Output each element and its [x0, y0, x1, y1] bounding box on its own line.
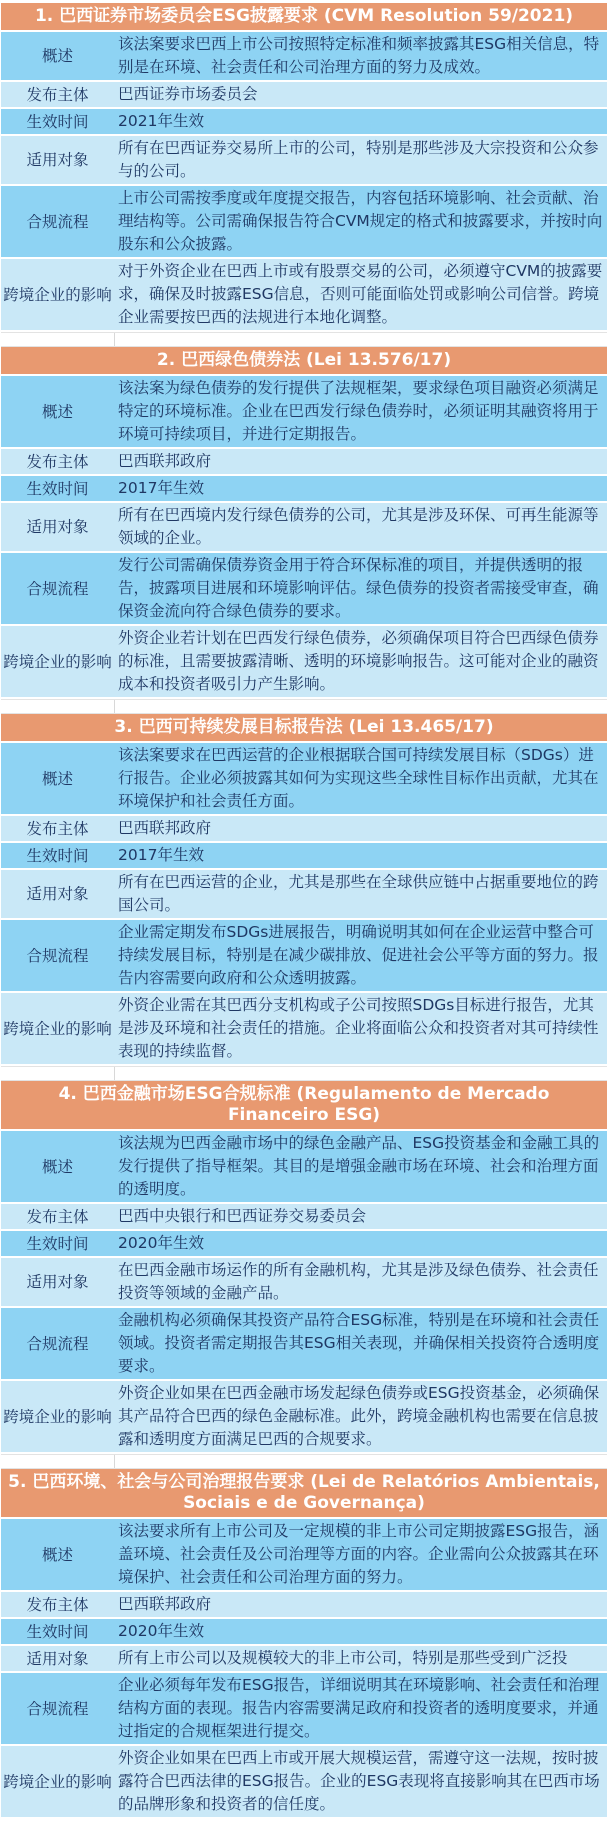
row-label: 跨境企业的影响 — [1, 993, 114, 1064]
row-label: 生效时间 — [1, 1231, 114, 1256]
table-row: 跨境企业的影响 对于外资企业在巴西上市或有股票交易的公司，必须遵守CVM的披露要… — [1, 259, 607, 332]
table-row: 跨境企业的影响 外资企业如果在巴西上市或开展大规模运营，需遵守这一法规，按时披露… — [1, 1746, 607, 1819]
table-row: 发布主体 巴西联邦政府 — [1, 449, 607, 476]
row-label: 生效时间 — [1, 1619, 114, 1644]
row-label: 概述 — [1, 743, 114, 814]
row-label: 发布主体 — [1, 449, 114, 474]
row-label: 合规流程 — [1, 920, 114, 991]
row-label: 概述 — [1, 376, 114, 447]
row-value: 巴西联邦政府 — [114, 1592, 607, 1617]
row-label: 概述 — [1, 1519, 114, 1590]
table-row: 生效时间 2020年生效 — [1, 1231, 607, 1258]
row-value: 2020年生效 — [114, 1231, 607, 1256]
row-value: 对于外资企业在巴西上市或有股票交易的公司，必须遵守CVM的披露要求，确保及时披露… — [114, 259, 607, 330]
row-value: 外资企业需在其巴西分支机构或子公司按照SDGs目标进行报告，尤其是涉及环境和社会… — [114, 993, 607, 1064]
row-label: 生效时间 — [1, 109, 114, 134]
spacer-right-cell — [115, 1455, 607, 1468]
row-value: 在巴西金融市场运作的所有金融机构，尤其是涉及绿色债券、社会责任投资等领域的金融产… — [114, 1258, 607, 1306]
row-label: 合规流程 — [1, 1308, 114, 1379]
row-value: 该法案要求巴西上市公司按照特定标准和频率披露其ESG相关信息，特别是在环境、社会… — [114, 32, 607, 80]
row-label: 跨境企业的影响 — [1, 1381, 114, 1452]
row-value: 巴西证券市场委员会 — [114, 82, 607, 107]
table-row: 生效时间 2021年生效 — [1, 109, 607, 136]
section-title: 2. 巴西绿色债券法 (Lei 13.576/17) — [1, 347, 607, 376]
row-label: 发布主体 — [1, 82, 114, 107]
table-row: 适用对象 在巴西金融市场运作的所有金融机构，尤其是涉及绿色债券、社会责任投资等领… — [1, 1258, 607, 1308]
row-label: 适用对象 — [1, 870, 114, 918]
section-spacer — [1, 699, 607, 714]
row-label: 生效时间 — [1, 843, 114, 868]
table-row: 发布主体 巴西联邦政府 — [1, 1592, 607, 1619]
table-row: 适用对象 所有在巴西证券交易所上市的公司，特别是那些涉及大宗投资和公众参与的公司… — [1, 136, 607, 186]
row-value: 企业必须每年发布ESG报告，详细说明其在环境影响、社会责任和治理结构方面的表现。… — [114, 1673, 607, 1744]
table-row: 发布主体 巴西联邦政府 — [1, 816, 607, 843]
section-spacer — [1, 1066, 607, 1081]
row-value: 上市公司需按季度或年度提交报告，内容包括环境影响、社会贡献、治理结构等。公司需确… — [114, 186, 607, 257]
section-title: 5. 巴西环境、社会与公司治理报告要求 (Lei de Relatórios A… — [1, 1469, 607, 1519]
spacer-right-cell — [115, 700, 607, 713]
table-row: 生效时间 2017年生效 — [1, 476, 607, 503]
section-financial-market-esg: 4. 巴西金融市场ESG合规标准 (Regulamento de Mercado… — [1, 1081, 607, 1454]
table-row: 概述 该法案要求巴西上市公司按照特定标准和频率披露其ESG相关信息，特别是在环境… — [1, 32, 607, 82]
row-label: 合规流程 — [1, 1673, 114, 1744]
row-value: 外资企业如果在巴西上市或开展大规模运营，需遵守这一法规，按时披露符合巴西法律的E… — [114, 1746, 607, 1817]
table-row: 跨境企业的影响 外资企业若计划在巴西发行绿色债券，必须确保项目符合巴西绿色债券的… — [1, 626, 607, 699]
row-value: 2017年生效 — [114, 476, 607, 501]
table-row: 发布主体 巴西证券市场委员会 — [1, 82, 607, 109]
table-row: 跨境企业的影响 外资企业需在其巴西分支机构或子公司按照SDGs目标进行报告，尤其… — [1, 993, 607, 1066]
table-row: 概述 该法案为绿色债券的发行提供了法规框架，要求绿色项目融资必须满足特定的环境标… — [1, 376, 607, 449]
row-label: 发布主体 — [1, 816, 114, 841]
row-value: 该法规为巴西金融市场中的绿色金融产品、ESG投资基金和金融工具的发行提供了指导框… — [114, 1131, 607, 1202]
row-value: 所有在巴西证券交易所上市的公司，特别是那些涉及大宗投资和公众参与的公司。 — [114, 136, 607, 184]
section-green-bond-law: 2. 巴西绿色债券法 (Lei 13.576/17) 概述 该法案为绿色债券的发… — [1, 347, 607, 699]
row-value: 企业需定期发布SDGs进展报告，明确说明其如何在企业运营中整合可持续发展目标，特… — [114, 920, 607, 991]
spacer-left-cell — [1, 1455, 115, 1468]
table-row: 合规流程 上市公司需按季度或年度提交报告，内容包括环境影响、社会贡献、治理结构等… — [1, 186, 607, 259]
row-value: 发行公司需确保债券资金用于符合环保标准的项目，并提供透明的报告，披露项目进展和环… — [114, 553, 607, 624]
table-row: 概述 该法要求所有上市公司及一定规模的非上市公司定期披露ESG报告，涵盖环境、社… — [1, 1519, 607, 1592]
row-value: 该法案要求在巴西运营的企业根据联合国可持续发展目标（SDGs）进行报告。企业必须… — [114, 743, 607, 814]
row-value: 2021年生效 — [114, 109, 607, 134]
row-value: 所有在巴西境内发行绿色债券的公司，尤其是涉及环保、可再生能源等领域的企业。 — [114, 503, 607, 551]
spacer-right-cell — [115, 333, 607, 346]
row-label: 发布主体 — [1, 1204, 114, 1229]
row-label: 适用对象 — [1, 136, 114, 184]
row-value: 该法案为绿色债券的发行提供了法规框架，要求绿色项目融资必须满足特定的环境标准。企… — [114, 376, 607, 447]
table-row: 合规流程 企业需定期发布SDGs进展报告，明确说明其如何在企业运营中整合可持续发… — [1, 920, 607, 993]
row-value: 外资企业如果在巴西金融市场发起绿色债券或ESG投资基金，必须确保其产品符合巴西的… — [114, 1381, 607, 1452]
table-row: 概述 该法规为巴西金融市场中的绿色金融产品、ESG投资基金和金融工具的发行提供了… — [1, 1131, 607, 1204]
row-value: 该法要求所有上市公司及一定规模的非上市公司定期披露ESG报告，涵盖环境、社会责任… — [114, 1519, 607, 1590]
esg-regulations-table: 1. 巴西证券市场委员会ESG披露要求 (CVM Resolution 59/2… — [0, 0, 608, 1821]
row-label: 合规流程 — [1, 553, 114, 624]
table-row: 合规流程 发行公司需确保债券资金用于符合环保标准的项目，并提供透明的报告，披露项… — [1, 553, 607, 626]
row-value: 金融机构必须确保其投资产品符合ESG标准，特别是在环境和社会责任领域。投资者需定… — [114, 1308, 607, 1379]
section-title: 4. 巴西金融市场ESG合规标准 (Regulamento de Mercado… — [1, 1081, 607, 1131]
row-value: 巴西联邦政府 — [114, 449, 607, 474]
row-label: 跨境企业的影响 — [1, 1746, 114, 1817]
row-value: 2020年生效 — [114, 1619, 607, 1644]
table-row: 跨境企业的影响 外资企业如果在巴西金融市场发起绿色债券或ESG投资基金，必须确保… — [1, 1381, 607, 1454]
table-row: 合规流程 金融机构必须确保其投资产品符合ESG标准，特别是在环境和社会责任领域。… — [1, 1308, 607, 1381]
row-label: 跨境企业的影响 — [1, 259, 114, 330]
row-label: 合规流程 — [1, 186, 114, 257]
section-esg-reporting-requirements: 5. 巴西环境、社会与公司治理报告要求 (Lei de Relatórios A… — [1, 1469, 607, 1819]
row-label: 生效时间 — [1, 476, 114, 501]
row-label: 概述 — [1, 32, 114, 80]
table-row: 生效时间 2020年生效 — [1, 1619, 607, 1646]
section-title: 3. 巴西可持续发展目标报告法 (Lei 13.465/17) — [1, 714, 607, 743]
row-label: 适用对象 — [1, 503, 114, 551]
spacer-left-cell — [1, 700, 115, 713]
row-label: 适用对象 — [1, 1258, 114, 1306]
table-row: 生效时间 2017年生效 — [1, 843, 607, 870]
row-value: 所有在巴西运营的企业，尤其是那些在全球供应链中占据重要地位的跨国公司。 — [114, 870, 607, 918]
section-title: 1. 巴西证券市场委员会ESG披露要求 (CVM Resolution 59/2… — [1, 3, 607, 32]
table-row: 发布主体 巴西中央银行和巴西证券交易委员会 — [1, 1204, 607, 1231]
row-label: 适用对象 — [1, 1646, 114, 1671]
section-cvm-disclosure: 1. 巴西证券市场委员会ESG披露要求 (CVM Resolution 59/2… — [1, 3, 607, 332]
table-row: 适用对象 所有上市公司以及规模较大的非上市公司，特别是那些受到广泛投 — [1, 1646, 607, 1673]
row-value: 所有上市公司以及规模较大的非上市公司，特别是那些受到广泛投 — [114, 1646, 607, 1671]
row-value: 巴西联邦政府 — [114, 816, 607, 841]
row-label: 发布主体 — [1, 1592, 114, 1617]
row-label: 跨境企业的影响 — [1, 626, 114, 697]
table-row: 适用对象 所有在巴西境内发行绿色债券的公司，尤其是涉及环保、可再生能源等领域的企… — [1, 503, 607, 553]
spacer-right-cell — [115, 1067, 607, 1080]
row-label: 概述 — [1, 1131, 114, 1202]
table-row: 合规流程 企业必须每年发布ESG报告，详细说明其在环境影响、社会责任和治理结构方… — [1, 1673, 607, 1746]
row-value: 外资企业若计划在巴西发行绿色债券，必须确保项目符合巴西绿色债券的标准，且需要披露… — [114, 626, 607, 697]
row-value: 2017年生效 — [114, 843, 607, 868]
table-row: 概述 该法案要求在巴西运营的企业根据联合国可持续发展目标（SDGs）进行报告。企… — [1, 743, 607, 816]
table-row: 适用对象 所有在巴西运营的企业，尤其是那些在全球供应链中占据重要地位的跨国公司。 — [1, 870, 607, 920]
section-spacer — [1, 1454, 607, 1469]
section-spacer — [1, 332, 607, 347]
spacer-left-cell — [1, 333, 115, 346]
row-value: 巴西中央银行和巴西证券交易委员会 — [114, 1204, 607, 1229]
spacer-left-cell — [1, 1067, 115, 1080]
section-sdg-reporting-law: 3. 巴西可持续发展目标报告法 (Lei 13.465/17) 概述 该法案要求… — [1, 714, 607, 1066]
